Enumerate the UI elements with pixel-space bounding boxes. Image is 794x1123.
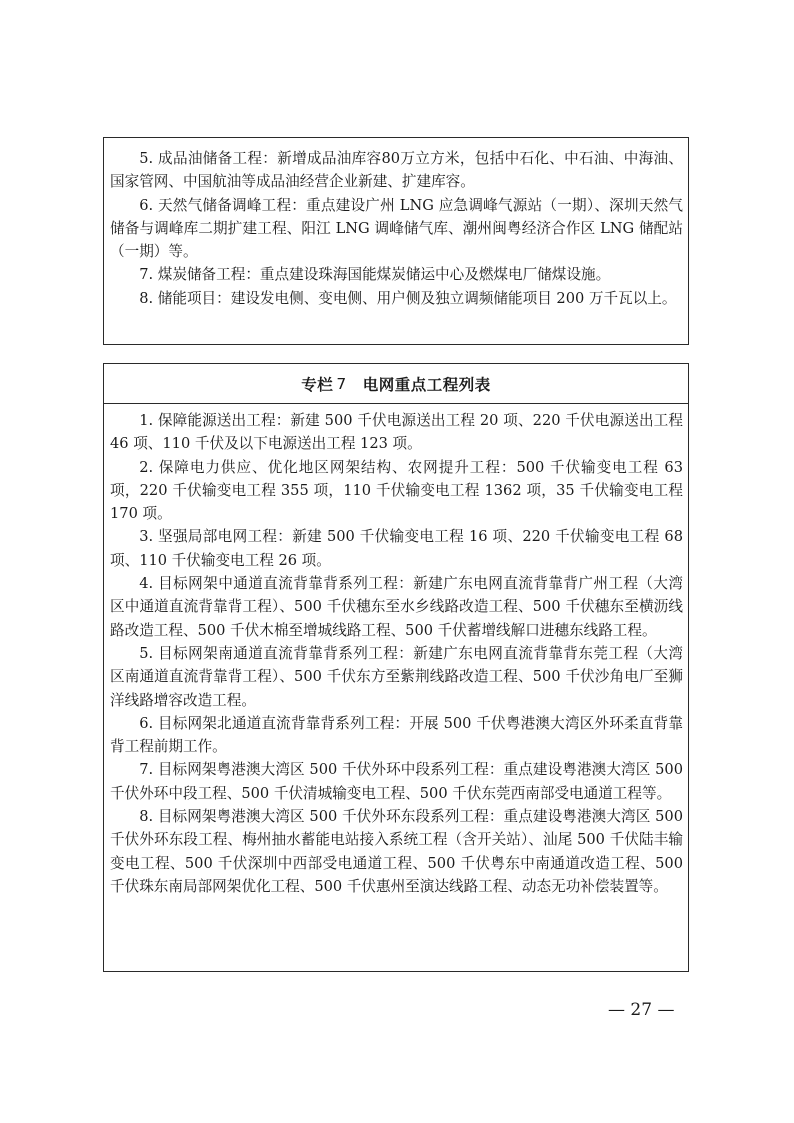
- paragraph: 7. 目标网架粤港澳大湾区 500 千伏外环中段系列工程：重点建设粤港澳大湾区 …: [110, 758, 683, 805]
- paragraph: 2. 保障电力供应、优化地区网架结构、农网提升工程：500 千伏输变电工程 63…: [110, 456, 683, 526]
- storage-projects-content: 5. 成品油储备工程：新增成品油库容80万立方米，包括中石化、中石油、中海油、国…: [104, 138, 688, 310]
- title-prefix: 专栏: [301, 373, 333, 395]
- paragraph: 6. 目标网架北通道直流背靠背系列工程：开展 500 千伏粤港澳大湾区外环柔直背…: [110, 712, 683, 759]
- paragraph: 5. 目标网架南通道直流背靠背系列工程：新建广东电网直流背靠背东莞工程（大湾区南…: [110, 642, 683, 712]
- paragraph: 3. 坚强局部电网工程：新建 500 千伏输变电工程 16 项、220 千伏输变…: [110, 525, 683, 572]
- title-text: 电网重点工程列表: [363, 373, 491, 395]
- paragraph: 8. 目标网架粤港澳大湾区 500 千伏外环东段系列工程：重点建设粤港澳大湾区 …: [110, 805, 683, 898]
- paragraph: 7. 煤炭储备工程：重点建设珠海国能煤炭储运中心及燃煤电厂储煤设施。: [110, 263, 683, 286]
- paragraph: 1. 保障能源送出工程：新建 500 千伏电源送出工程 20 项、220 千伏电…: [110, 409, 683, 456]
- paragraph: 6. 天然气储备调峰工程：重点建设广州 LNG 应急调峰气源站（一期）、深圳天然…: [110, 194, 683, 264]
- box-title: 专栏 7 电网重点工程列表: [104, 364, 688, 404]
- paragraph: 8. 储能项目：建设发电侧、变电侧、用户侧及独立调频储能项目 200 万千瓦以上…: [110, 287, 683, 310]
- storage-projects-box: 5. 成品油储备工程：新增成品油库容80万立方米，包括中石化、中石油、中海油、国…: [103, 137, 689, 345]
- title-number: 7: [336, 375, 346, 393]
- grid-projects-box: 专栏 7 电网重点工程列表 1. 保障能源送出工程：新建 500 千伏电源送出工…: [103, 363, 689, 972]
- page-number: — 27 —: [608, 1000, 674, 1020]
- paragraph: 4. 目标网架中通道直流背靠背系列工程：新建广东电网直流背靠背广州工程（大湾区中…: [110, 572, 683, 642]
- grid-projects-content: 1. 保障能源送出工程：新建 500 千伏电源送出工程 20 项、220 千伏电…: [104, 404, 688, 898]
- paragraph: 5. 成品油储备工程：新增成品油库容80万立方米，包括中石化、中石油、中海油、国…: [110, 147, 683, 194]
